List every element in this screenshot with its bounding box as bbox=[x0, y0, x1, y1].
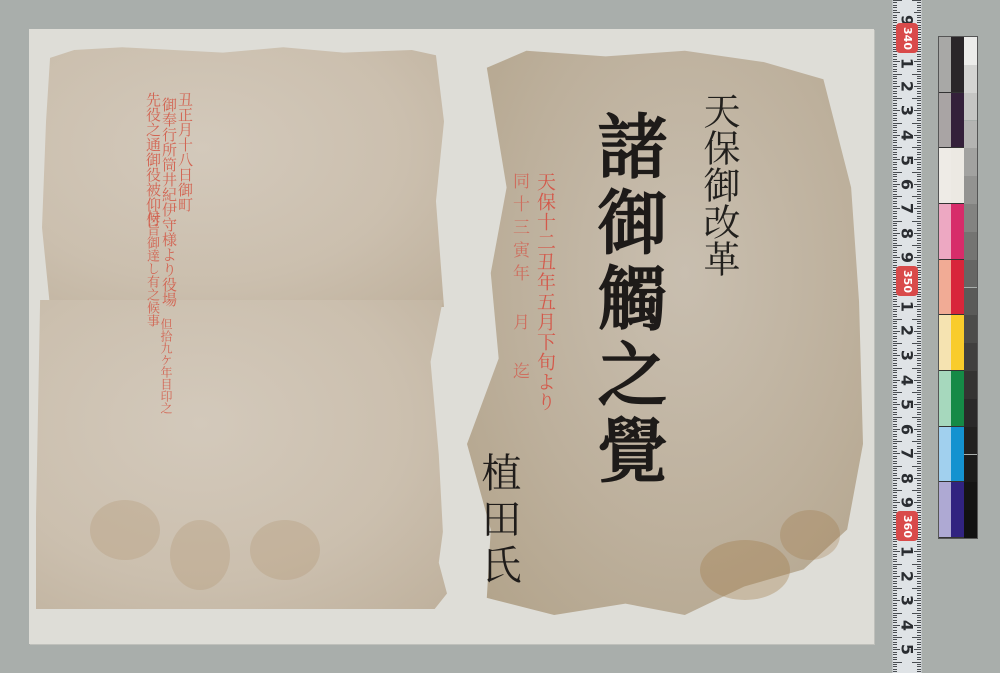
ruler-tick bbox=[893, 201, 897, 202]
ruler-tick bbox=[893, 5, 897, 6]
ruler-tick bbox=[893, 458, 897, 459]
ruler-tick bbox=[912, 564, 921, 565]
ruler-tick bbox=[893, 238, 897, 239]
ruler-tick bbox=[917, 390, 921, 391]
ruler-tick bbox=[893, 492, 897, 493]
ruler-number-label: 3 bbox=[898, 592, 917, 610]
ruler-tick bbox=[917, 130, 921, 131]
ruler-tick bbox=[893, 419, 897, 420]
ruler-tick bbox=[893, 377, 897, 378]
ruler-tick bbox=[912, 196, 921, 197]
ruler-tick bbox=[893, 473, 897, 474]
ruler-tick bbox=[893, 115, 897, 116]
ruler-tick bbox=[917, 505, 921, 506]
ruler-tick bbox=[917, 198, 921, 199]
ruler-tick bbox=[917, 556, 921, 557]
gray-step-swatch bbox=[964, 204, 977, 232]
ruler-tick bbox=[917, 431, 921, 432]
ruler-tick bbox=[917, 247, 921, 248]
red-note-line: 丑正月十八日御町 bbox=[177, 92, 192, 212]
ruler-tick bbox=[917, 113, 921, 114]
ruler-badge-label: 360 bbox=[896, 511, 918, 541]
ruler-tick bbox=[917, 544, 921, 545]
red-note-line: 先役之通御役被仰付 bbox=[145, 92, 160, 227]
ruler-tick bbox=[893, 333, 897, 334]
ruler-tick bbox=[912, 221, 921, 222]
gray-step-swatch bbox=[964, 37, 977, 65]
ruler-tick bbox=[893, 387, 897, 388]
ruler-tick bbox=[917, 125, 921, 126]
stain bbox=[90, 500, 160, 560]
ruler-tick bbox=[893, 198, 897, 199]
ruler-tick bbox=[917, 54, 921, 55]
ruler-tick bbox=[917, 174, 921, 175]
ruler-tick bbox=[893, 549, 897, 550]
ruler-tick bbox=[893, 265, 897, 266]
ruler-number-label: 7 bbox=[898, 445, 917, 463]
color-swatch bbox=[939, 371, 951, 427]
ruler-tick bbox=[917, 336, 921, 337]
ruler-number-label: 4 bbox=[898, 617, 917, 635]
color-swatch bbox=[939, 37, 951, 93]
ruler-tick bbox=[893, 336, 897, 337]
ruler-tick bbox=[893, 66, 897, 67]
ruler-tick bbox=[917, 309, 921, 310]
ruler-tick bbox=[917, 243, 921, 244]
ruler-tick bbox=[893, 358, 897, 359]
ruler-tick bbox=[893, 573, 897, 574]
ruler-tick bbox=[893, 154, 897, 155]
ruler-tick bbox=[893, 409, 897, 410]
ruler-tick bbox=[893, 434, 897, 435]
ruler-tick bbox=[893, 164, 897, 165]
ruler-tick bbox=[917, 568, 921, 569]
ruler-tick bbox=[917, 365, 921, 366]
ruler-tick bbox=[917, 615, 921, 616]
ruler-tick bbox=[917, 66, 921, 67]
ruler-tick bbox=[917, 495, 921, 496]
ruler-tick bbox=[912, 343, 921, 344]
ruler-tick bbox=[917, 561, 921, 562]
ruler-tick bbox=[893, 644, 897, 645]
ruler-tick bbox=[893, 657, 897, 658]
ruler-number-label: 4 bbox=[898, 127, 917, 145]
ruler-tick bbox=[893, 54, 897, 55]
color-swatch bbox=[951, 427, 964, 483]
ruler-tick bbox=[912, 245, 921, 246]
ruler-number-label: 6 bbox=[898, 176, 917, 194]
ruler-tick bbox=[893, 343, 902, 344]
stain bbox=[700, 540, 790, 600]
ruler-tick bbox=[917, 632, 921, 633]
ruler-tick bbox=[917, 497, 921, 498]
ruler-tick bbox=[893, 443, 897, 444]
ruler-tick bbox=[893, 662, 902, 663]
ruler-tick bbox=[893, 490, 902, 491]
ruler-tick bbox=[893, 10, 897, 11]
ruler-tick bbox=[917, 15, 921, 16]
ruler-tick bbox=[893, 610, 897, 611]
ruler-tick bbox=[912, 466, 921, 467]
gray-step-swatch bbox=[964, 510, 977, 538]
ruler-tick bbox=[917, 142, 921, 143]
ruler-tick bbox=[912, 319, 921, 320]
ruler-tick bbox=[917, 186, 921, 187]
ruler-tick bbox=[893, 578, 897, 579]
ruler-tick bbox=[893, 147, 902, 148]
ruler-tick bbox=[893, 412, 897, 413]
ruler-tick bbox=[917, 659, 921, 660]
ruler-tick bbox=[917, 407, 921, 408]
ruler-tick bbox=[893, 617, 897, 618]
gray-step-swatch bbox=[964, 93, 977, 121]
ruler-tick bbox=[917, 666, 921, 667]
ruler-tick bbox=[893, 132, 897, 133]
ruler-tick bbox=[917, 81, 921, 82]
ruler-tick bbox=[893, 639, 897, 640]
ruler-tick bbox=[893, 108, 897, 109]
ruler-tick bbox=[917, 421, 921, 422]
ruler-tick bbox=[893, 470, 897, 471]
gray-step-swatch bbox=[964, 455, 977, 483]
ruler-tick bbox=[893, 613, 902, 614]
ruler-tick bbox=[917, 353, 921, 354]
ruler-tick bbox=[917, 5, 921, 6]
ruler-tick bbox=[917, 590, 921, 591]
ruler-tick bbox=[893, 510, 897, 511]
ruler-tick bbox=[893, 0, 902, 1]
ruler-tick bbox=[893, 637, 902, 638]
ruler-tick bbox=[912, 662, 921, 663]
red-note-line: 但拾九ケ年目印之 bbox=[160, 318, 172, 414]
color-swatch bbox=[951, 204, 964, 260]
color-swatch bbox=[939, 315, 951, 371]
ruler-tick bbox=[893, 615, 897, 616]
ruler-tick bbox=[893, 507, 897, 508]
ruler-tick bbox=[893, 213, 897, 214]
red-annotation-date-end: 同十三寅年 月 迄 bbox=[510, 172, 527, 385]
ruler-tick bbox=[912, 74, 921, 75]
ruler-tick bbox=[917, 500, 921, 501]
ruler-tick bbox=[893, 125, 897, 126]
ruler-tick bbox=[917, 296, 921, 297]
ruler-tick bbox=[893, 100, 897, 101]
ruler-tick bbox=[917, 463, 921, 464]
ruler-tick bbox=[893, 74, 902, 75]
ruler-number-label: 8 bbox=[898, 225, 917, 243]
ruler-tick bbox=[917, 451, 921, 452]
ruler-tick bbox=[893, 22, 897, 23]
ruler-tick bbox=[917, 265, 921, 266]
ruler-tick bbox=[917, 448, 921, 449]
title-subtitle: 天保御改革 bbox=[700, 92, 737, 277]
ruler-tick bbox=[917, 375, 921, 376]
ruler-tick bbox=[917, 554, 921, 555]
ruler-tick bbox=[917, 93, 921, 94]
ruler-tick bbox=[917, 96, 921, 97]
gray-step-swatch bbox=[964, 371, 977, 399]
ruler-tick bbox=[893, 568, 897, 569]
ruler-tick bbox=[917, 225, 921, 226]
ruler-tick bbox=[917, 338, 921, 339]
ruler-tick bbox=[917, 189, 921, 190]
ruler-tick bbox=[917, 100, 921, 101]
ruler-tick bbox=[893, 586, 897, 587]
ruler-tick bbox=[917, 363, 921, 364]
ruler-tick bbox=[893, 59, 897, 60]
ruler-tick bbox=[917, 321, 921, 322]
ruler-tick bbox=[917, 255, 921, 256]
ruler-tick bbox=[917, 314, 921, 315]
ruler-tick bbox=[893, 461, 897, 462]
ruler-tick bbox=[893, 466, 902, 467]
ruler-tick bbox=[893, 162, 897, 163]
ruler-tick bbox=[917, 152, 921, 153]
ruler-tick bbox=[917, 301, 921, 302]
ruler-tick bbox=[893, 441, 902, 442]
ruler-tick bbox=[912, 368, 921, 369]
ruler-tick bbox=[917, 608, 921, 609]
left-fragment-upper bbox=[42, 42, 444, 307]
ruler-tick bbox=[893, 56, 897, 57]
ruler-tick bbox=[893, 394, 897, 395]
ruler-tick bbox=[893, 81, 897, 82]
ruler-tick bbox=[917, 458, 921, 459]
ruler-tick bbox=[912, 613, 921, 614]
ruler-tick bbox=[893, 260, 897, 261]
ruler-tick bbox=[893, 157, 897, 158]
ruler-tick bbox=[893, 583, 897, 584]
ruler-tick bbox=[893, 103, 897, 104]
ruler-tick bbox=[917, 571, 921, 572]
ruler-tick bbox=[893, 652, 897, 653]
color-swatch bbox=[939, 93, 951, 149]
ruler-tick bbox=[893, 172, 902, 173]
color-calibration-chart bbox=[938, 36, 978, 539]
ruler-number-label: 4 bbox=[898, 372, 917, 390]
ruler-tick bbox=[893, 590, 897, 591]
ruler-tick bbox=[893, 140, 897, 141]
ruler-tick bbox=[893, 299, 897, 300]
ruler-tick bbox=[917, 622, 921, 623]
ruler-tick bbox=[917, 436, 921, 437]
ruler-tick bbox=[917, 56, 921, 57]
ruler-tick bbox=[917, 59, 921, 60]
ruler-tick bbox=[917, 323, 921, 324]
ruler-number-label: 2 bbox=[898, 78, 917, 96]
ruler-tick bbox=[893, 561, 897, 562]
ruler-tick bbox=[917, 127, 921, 128]
ruler-tick bbox=[917, 115, 921, 116]
ruler-tick bbox=[893, 571, 897, 572]
ruler-tick bbox=[893, 363, 897, 364]
ruler-tick bbox=[893, 468, 897, 469]
ruler-tick bbox=[917, 370, 921, 371]
ruler-tick bbox=[917, 546, 921, 547]
ruler-tick bbox=[893, 546, 897, 547]
ruler-tick bbox=[917, 639, 921, 640]
ruler-tick bbox=[893, 191, 897, 192]
ruler-tick bbox=[917, 470, 921, 471]
ruler-tick bbox=[893, 544, 897, 545]
ruler-tick bbox=[917, 573, 921, 574]
ruler-tick bbox=[893, 627, 897, 628]
ruler-number-label: 1 bbox=[898, 298, 917, 316]
ruler-number-label: 5 bbox=[898, 641, 917, 659]
ruler-tick bbox=[893, 149, 897, 150]
ruler-tick bbox=[893, 225, 897, 226]
ruler-tick bbox=[917, 76, 921, 77]
ruler-tick bbox=[917, 394, 921, 395]
gray-step-swatch bbox=[964, 482, 977, 510]
ruler-tick bbox=[893, 581, 897, 582]
ruler-tick bbox=[917, 341, 921, 342]
ruler-tick bbox=[893, 326, 897, 327]
gray-step-swatch bbox=[964, 288, 977, 316]
ruler-tick bbox=[893, 113, 897, 114]
color-swatch bbox=[939, 204, 951, 260]
ruler-tick bbox=[917, 154, 921, 155]
ruler-tick bbox=[917, 164, 921, 165]
ruler-tick bbox=[912, 98, 921, 99]
ruler-tick bbox=[917, 108, 921, 109]
ruler-tick bbox=[917, 230, 921, 231]
ruler-tick bbox=[917, 201, 921, 202]
ruler-tick bbox=[893, 319, 902, 320]
ruler-number-label: 3 bbox=[898, 347, 917, 365]
ruler-tick bbox=[893, 350, 897, 351]
ruler-number-label: 2 bbox=[898, 322, 917, 340]
color-swatch bbox=[939, 148, 951, 204]
ruler-tick bbox=[893, 262, 897, 263]
ruler-tick bbox=[917, 419, 921, 420]
ruler-tick bbox=[893, 370, 897, 371]
ruler-tick bbox=[917, 642, 921, 643]
ruler-tick bbox=[893, 456, 897, 457]
ruler-tick bbox=[917, 434, 921, 435]
ruler-tick bbox=[893, 345, 897, 346]
ruler-tick bbox=[917, 647, 921, 648]
ruler-tick bbox=[893, 127, 897, 128]
ruler-tick bbox=[917, 348, 921, 349]
ruler-tick bbox=[917, 595, 921, 596]
ruler-tick bbox=[917, 443, 921, 444]
ruler-tick bbox=[917, 203, 921, 204]
ruler-tick bbox=[893, 595, 897, 596]
ruler-tick bbox=[917, 71, 921, 72]
color-swatch bbox=[951, 260, 964, 316]
color-swatch bbox=[939, 260, 951, 316]
ruler-tick bbox=[917, 167, 921, 168]
ruler-tick bbox=[917, 345, 921, 346]
ruler-tick bbox=[893, 451, 897, 452]
ruler-tick bbox=[893, 105, 897, 106]
owner-name: 植田氏 bbox=[478, 452, 518, 590]
color-swatch bbox=[951, 371, 964, 427]
ruler-tick bbox=[893, 368, 902, 369]
ruler-tick bbox=[893, 83, 897, 84]
ruler-tick bbox=[917, 473, 921, 474]
gray-step-swatch bbox=[964, 65, 977, 93]
color-swatch bbox=[951, 482, 964, 538]
ruler-tick bbox=[917, 235, 921, 236]
ruler-tick bbox=[893, 671, 897, 672]
ruler-tick bbox=[893, 632, 897, 633]
ruler-tick bbox=[893, 17, 897, 18]
ruler-number-label: 5 bbox=[898, 396, 917, 414]
ruler-tick bbox=[917, 299, 921, 300]
ruler-tick bbox=[893, 98, 902, 99]
ruler-tick bbox=[893, 245, 902, 246]
gray-step-swatch bbox=[964, 260, 977, 288]
ruler-tick bbox=[917, 140, 921, 141]
ruler-tick bbox=[893, 431, 897, 432]
ruler-tick bbox=[917, 603, 921, 604]
ruler-tick bbox=[917, 627, 921, 628]
ruler-tick bbox=[893, 169, 897, 170]
gray-step-swatch bbox=[964, 399, 977, 427]
ruler-tick bbox=[917, 409, 921, 410]
ruler-tick bbox=[917, 480, 921, 481]
ruler-tick bbox=[893, 365, 897, 366]
ruler-tick bbox=[893, 353, 897, 354]
ruler-tick bbox=[917, 664, 921, 665]
ruler-tick bbox=[893, 321, 897, 322]
ruler-tick bbox=[893, 620, 897, 621]
ruler-tick bbox=[917, 654, 921, 655]
color-swatch bbox=[951, 37, 964, 93]
ruler-tick bbox=[917, 671, 921, 672]
ruler-tick bbox=[917, 176, 921, 177]
ruler-tick bbox=[917, 2, 921, 3]
ruler-tick bbox=[917, 162, 921, 163]
ruler-tick bbox=[917, 461, 921, 462]
ruler-tick bbox=[917, 311, 921, 312]
ruler-tick bbox=[893, 120, 897, 121]
ruler-tick bbox=[893, 385, 897, 386]
ruler-tick bbox=[917, 157, 921, 158]
ruler-tick bbox=[893, 301, 897, 302]
ruler-tick bbox=[917, 387, 921, 388]
ruler-tick bbox=[917, 578, 921, 579]
ruler-tick bbox=[917, 549, 921, 550]
ruler-tick bbox=[893, 194, 897, 195]
ruler-tick bbox=[917, 382, 921, 383]
ruler-tick bbox=[893, 20, 897, 21]
color-swatch bbox=[951, 148, 964, 204]
ruler-tick bbox=[917, 583, 921, 584]
page-title: 諸御觸之覺 bbox=[592, 110, 662, 490]
ruler-tick bbox=[893, 341, 897, 342]
ruler-tick bbox=[893, 402, 897, 403]
ruler-tick bbox=[917, 262, 921, 263]
ruler-tick bbox=[893, 235, 897, 236]
ruler-tick bbox=[917, 610, 921, 611]
ruler-number-label: 5 bbox=[898, 152, 917, 170]
ruler-tick bbox=[893, 495, 897, 496]
ruler-tick bbox=[917, 385, 921, 386]
ruler-tick bbox=[893, 255, 897, 256]
color-swatch bbox=[951, 315, 964, 371]
color-swatch bbox=[939, 482, 951, 538]
ruler-badge-label: 340 bbox=[896, 23, 918, 53]
ruler-tick bbox=[917, 91, 921, 92]
red-note-line: 御奉行所筒井紀伊守様より役場 bbox=[161, 97, 176, 307]
ruler-tick bbox=[893, 426, 897, 427]
ruler-tick bbox=[893, 71, 897, 72]
ruler-tick bbox=[893, 635, 897, 636]
ruler-number-label: 3 bbox=[898, 102, 917, 120]
